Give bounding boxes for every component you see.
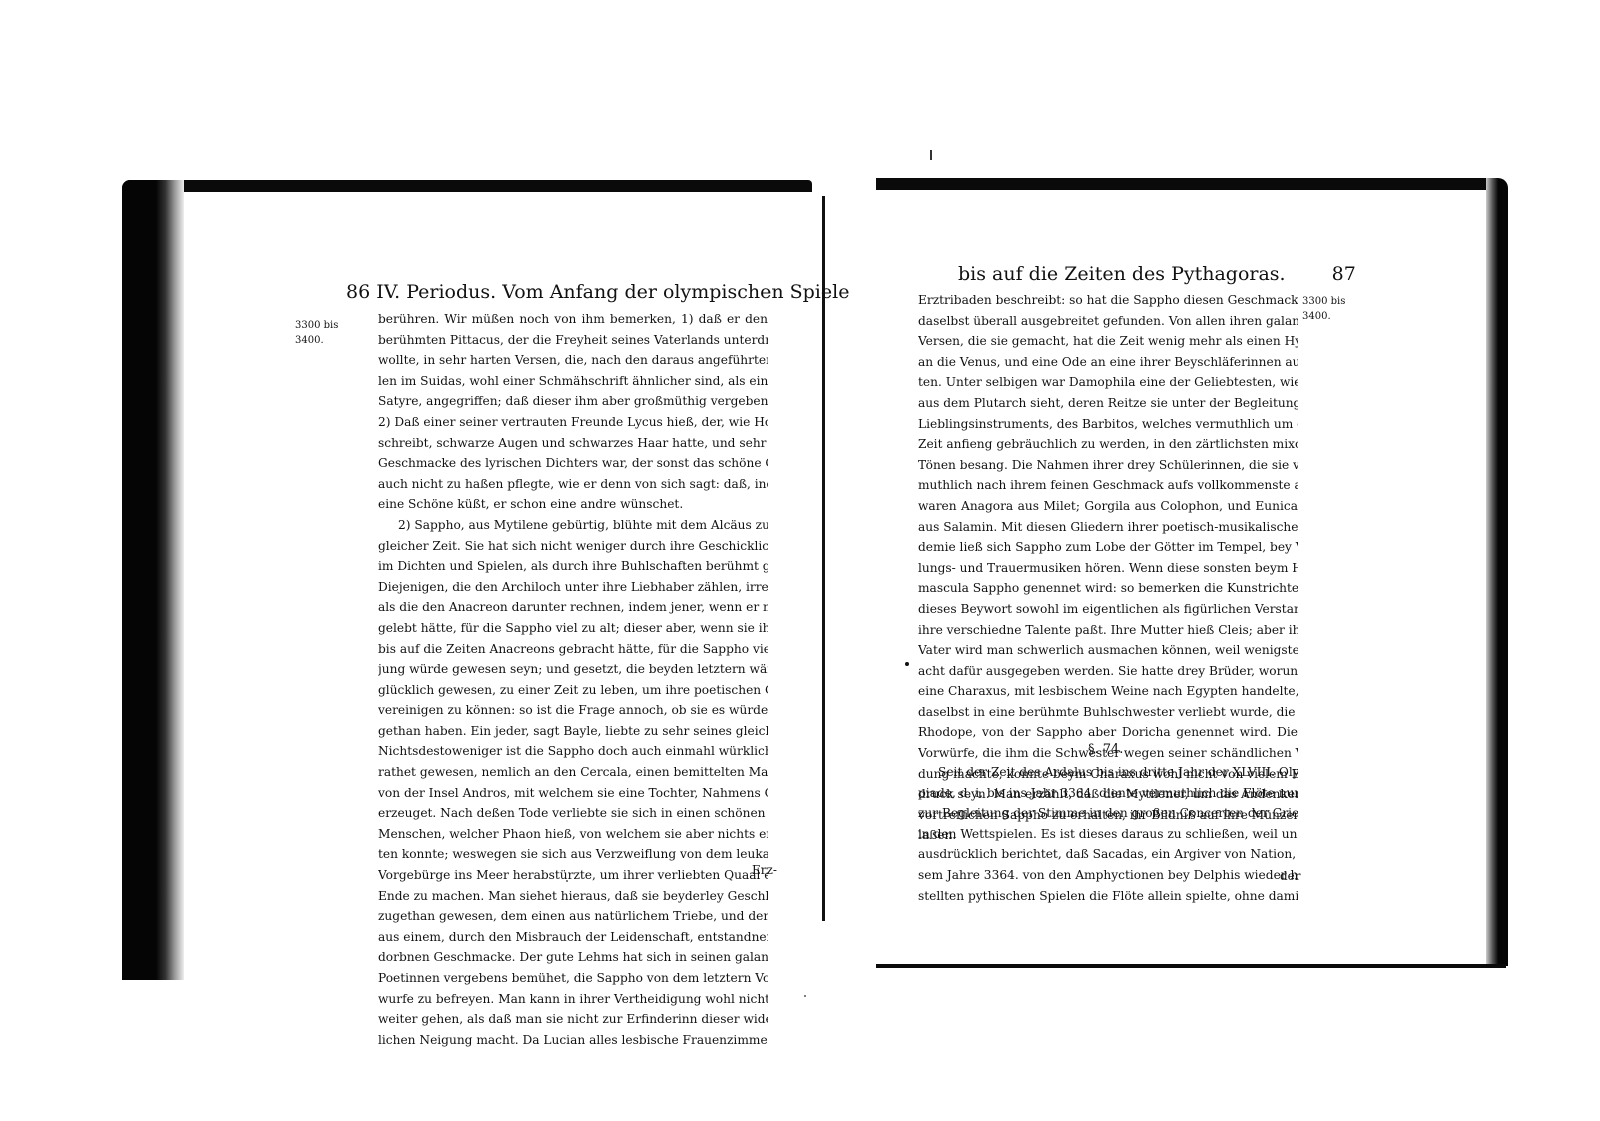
page-number: 86 <box>346 281 370 303</box>
text-line: 2) Daß einer seiner vertrauten Freunde L… <box>378 412 768 433</box>
text-line: an die Venus, und eine Ode an eine ihrer… <box>918 352 1298 373</box>
scan-speck <box>930 150 932 160</box>
text-line: demie ließ sich Sappho zum Lobe der Gött… <box>918 537 1298 558</box>
text-line: vereinigen zu können: so ist die Frage a… <box>378 700 768 721</box>
text-line: sem Jahre 3364. von den Amphyctionen bey… <box>918 865 1298 886</box>
text-line: ten. Unter selbigen war Damophila eine d… <box>918 372 1298 393</box>
running-head-text: IV. Periodus. Vom Anfang der olympischen… <box>376 281 849 303</box>
text-line: gethan haben. Ein jeder, sagt Bayle, lie… <box>378 721 768 742</box>
text-line: lichen Neigung macht. Da Lucian alles le… <box>378 1030 768 1051</box>
scan-speck <box>566 880 568 882</box>
margin-note-line: 3400. <box>295 333 338 348</box>
text-line: als die den Anacreon darunter rechnen, i… <box>378 597 768 618</box>
text-line: Ende zu machen. Man siehet hieraus, daß … <box>378 886 768 907</box>
book-gutter <box>822 196 825 921</box>
text-line: in den Wettspielen. Es ist dieses daraus… <box>918 824 1298 845</box>
left-page-stack <box>122 180 184 980</box>
running-head-text: bis auf die Zeiten des Pythagoras. <box>958 263 1286 285</box>
text-line: berühmten Pittacus, der die Freyheit sei… <box>378 330 768 351</box>
text-line: ihre verschiedne Talente paßt. Ihre Mutt… <box>918 620 1298 641</box>
right-body-text-section-74: Seit der Zeit des Ardalus bis ins dritte… <box>918 762 1298 906</box>
scan-speck <box>905 662 909 666</box>
left-book-edge <box>122 180 812 192</box>
text-line: bis auf die Zeiten Anacreons gebracht hä… <box>378 639 768 660</box>
text-line: Diejenigen, die den Archiloch unter ihre… <box>378 577 768 598</box>
text-line: muthlich nach ihrem feinen Geschmack auf… <box>918 475 1298 496</box>
text-line: schreibt, schwarze Augen und schwarzes H… <box>378 433 768 454</box>
text-line: rathet gewesen, nemlich an den Cercala, … <box>378 762 768 783</box>
text-line: glücklich gewesen, zu einer Zeit zu lebe… <box>378 680 768 701</box>
text-line: im Dichten und Spielen, als durch ihre B… <box>378 556 768 577</box>
text-line: aus einem, durch den Misbrauch der Leide… <box>378 927 768 948</box>
margin-note-line: 3300 bis <box>295 318 338 333</box>
right-margin-note: 3300 bis 3400. <box>1302 294 1345 324</box>
text-line: Geschmacke des lyrischen Dichters war, d… <box>378 453 768 474</box>
right-catchword: der <box>1280 869 1301 883</box>
scan-speck <box>804 995 806 997</box>
text-line: Versen, die sie gemacht, hat die Zeit we… <box>918 331 1298 352</box>
margin-note-line: 3300 bis <box>1302 294 1345 309</box>
text-line: 2) Sappho, aus Mytilene gebürtig, blühte… <box>378 515 768 536</box>
text-line: Nichtsdestoweniger ist die Sappho doch a… <box>378 741 768 762</box>
text-line: daselbst in eine berühmte Buhlschwester … <box>918 702 1298 723</box>
text-line: mascula Sappho genennet wird: so bemerke… <box>918 578 1298 599</box>
text-line: jung würde gewesen seyn; und gesetzt, di… <box>378 659 768 680</box>
right-running-head: bis auf die Zeiten des Pythagoras. 87 <box>958 263 1356 285</box>
text-line: Vater wird man schwerlich ausmachen könn… <box>918 640 1298 661</box>
text-line: zur Begleitung der Stimme in den großen … <box>918 803 1298 824</box>
left-body-text: berühren. Wir müßen noch von ihm bemerke… <box>378 309 768 1050</box>
text-line: auch nicht zu haßen pflegte, wie er denn… <box>378 474 768 495</box>
text-line: Seit der Zeit des Ardalus bis ins dritte… <box>918 762 1298 783</box>
text-line: Menschen, welcher Phaon hieß, von welche… <box>378 824 768 845</box>
text-line: erzeuget. Nach deßen Tode verliebte sie … <box>378 803 768 824</box>
text-line: Satyre, angegriffen; daß dieser ihm aber… <box>378 391 768 412</box>
page-number: 87 <box>1332 263 1356 285</box>
text-line: gleicher Zeit. Sie hat sich nicht wenige… <box>378 536 768 557</box>
text-line: dieses Beywort sowohl im eigentlichen al… <box>918 599 1298 620</box>
text-line: zugethan gewesen, dem einen aus natürlic… <box>378 906 768 927</box>
text-line: aus Salamin. Mit diesen Gliedern ihrer p… <box>918 517 1298 538</box>
text-line: berühren. Wir müßen noch von ihm bemerke… <box>378 309 768 330</box>
text-line: Erztribaden beschreibt: so hat die Sapph… <box>918 290 1298 311</box>
text-line: gelebt hätte, für die Sappho viel zu alt… <box>378 618 768 639</box>
text-line: Rhodope, von der Sappho aber Doricha gen… <box>918 722 1298 743</box>
left-margin-note: 3300 bis 3400. <box>295 318 338 348</box>
margin-note-line: 3400. <box>1302 309 1345 324</box>
text-line: wollte, in sehr harten Versen, die, nach… <box>378 350 768 371</box>
text-line: Lieblingsinstruments, des Barbitos, welc… <box>918 414 1298 435</box>
text-line: Poetinnen vergebens bemühet, die Sappho … <box>378 968 768 989</box>
text-line: acht dafür ausgegeben werden. Sie hatte … <box>918 661 1298 682</box>
text-line: eine Charaxus, mit lesbischem Weine nach… <box>918 681 1298 702</box>
text-line: weiter gehen, als daß man sie nicht zur … <box>378 1009 768 1030</box>
left-catchword: Erz- <box>752 863 777 877</box>
text-line: piade, d. i. bis ins Jahr 3364. diente v… <box>918 783 1298 804</box>
text-line: eine Schöne küßt, er schon eine andre wü… <box>378 494 768 515</box>
right-book-bottom-edge <box>876 964 1506 968</box>
text-line: len im Suidas, wohl einer Schmähschrift … <box>378 371 768 392</box>
right-page-stack <box>1486 178 1508 966</box>
text-line: wurfe zu befreyen. Man kann in ihrer Ver… <box>378 989 768 1010</box>
text-line: ten konnte; weswegen sie sich aus Verzwe… <box>378 844 768 865</box>
text-line: Tönen besang. Die Nahmen ihrer drey Schü… <box>918 455 1298 476</box>
text-line: dorbnen Geschmacke. Der gute Lehms hat s… <box>378 947 768 968</box>
text-line: daselbst überall ausgebreitet gefunden. … <box>918 311 1298 332</box>
text-line: stellten pythischen Spielen die Flöte al… <box>918 886 1298 907</box>
text-line: Vorgebürge ins Meer herabstürzte, um ihr… <box>378 865 768 886</box>
left-running-head: 86 IV. Periodus. Vom Anfang der olympisc… <box>346 281 849 303</box>
right-book-edge <box>876 178 1506 190</box>
text-line: waren Anagora aus Milet; Gorgila aus Col… <box>918 496 1298 517</box>
text-line: aus dem Plutarch sieht, deren Reitze sie… <box>918 393 1298 414</box>
text-line: von der Insel Andros, mit welchem sie ei… <box>378 783 768 804</box>
section-heading: §. 74. <box>1088 742 1123 757</box>
text-line: ausdrücklich berichtet, daß Sacadas, ein… <box>918 844 1298 865</box>
text-line: lungs- und Trauermusiken hören. Wenn die… <box>918 558 1298 579</box>
text-line: Zeit anfieng gebräuchlich zu werden, in … <box>918 434 1298 455</box>
